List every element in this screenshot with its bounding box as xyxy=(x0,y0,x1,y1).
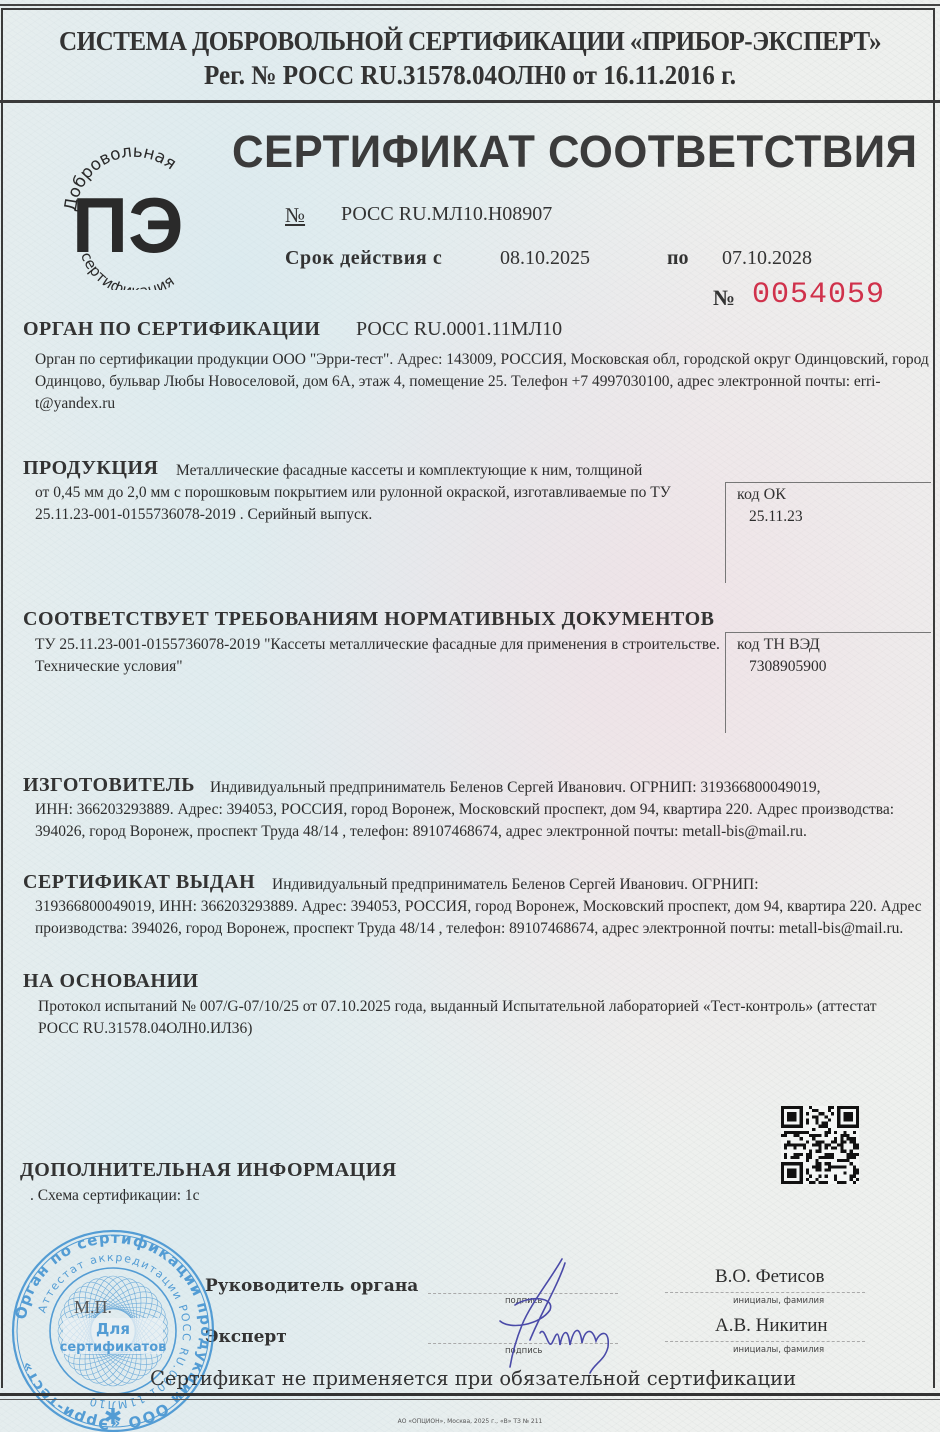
issued-to-heading: СЕРТИФИКАТ ВЫДАН xyxy=(23,871,255,894)
svg-text:✱: ✱ xyxy=(104,1404,122,1429)
additional-info-heading: ДОПОЛНИТЕЛЬНАЯ ИНФОРМАЦИЯ xyxy=(20,1159,397,1182)
svg-text:сертификатов: сертификатов xyxy=(60,1340,167,1355)
product-heading: ПРОДУКЦИЯ xyxy=(23,457,158,480)
ok-code-value: 25.11.23 xyxy=(749,508,803,526)
header-divider xyxy=(0,100,940,103)
expert-name-caption: инициалы, фамилия xyxy=(733,1345,824,1355)
expert-name-line xyxy=(665,1341,865,1342)
certificate-number: РОСС RU.МЛ10.Н08907 xyxy=(341,203,552,226)
valid-from-date: 08.10.2025 xyxy=(500,247,590,270)
tn-ved-code-box: код ТН ВЭД 7308905900 xyxy=(725,632,931,733)
certificate-number-label: № xyxy=(285,203,305,228)
handwritten-signature xyxy=(470,1255,640,1375)
validity-label: Срок действия с xyxy=(285,247,442,270)
official-seal-stamp: Орган по сертификации продукции ООО «Эрр… xyxy=(8,1226,218,1432)
qr-code[interactable] xyxy=(781,1106,859,1184)
head-of-body-label: Руководитель органа xyxy=(205,1276,418,1296)
basis-details: Протокол испытаний № 007/G-07/10/25 от 0… xyxy=(38,996,918,1040)
serial-number: 0054059 xyxy=(752,278,885,312)
voluntary-certification-logo: Добровольная ПЭ сертификация xyxy=(58,140,208,290)
certification-body-details: Орган по сертификации продукции ООО "Эрр… xyxy=(35,349,935,415)
normative-documents: ТУ 25.11.23-001-0155736078-2019 "Кассеты… xyxy=(35,634,725,678)
manufacturer-details: ИНН: 366203293889. Адрес: 394053, РОССИЯ… xyxy=(35,799,925,843)
tn-ved-code-value: 7308905900 xyxy=(749,658,827,676)
bottom-border-thin xyxy=(0,1399,940,1400)
product-description: от 0,45 мм до 2,0 мм с порошковым покрыт… xyxy=(35,482,725,526)
system-registration-number: Рег. № РОСС RU.31578.04ОЛН0 от 16.11.201… xyxy=(33,60,907,91)
serial-number-label: № xyxy=(713,285,735,311)
tn-ved-code-label: код ТН ВЭД xyxy=(737,636,820,654)
certificate-title: СЕРТИФИКАТ СООТВЕТСТВИЯ xyxy=(232,126,917,178)
issued-to-line1: Индивидуальный предприниматель Беленов С… xyxy=(272,874,759,896)
certification-system-name: СИСТЕМА ДОБРОВОЛЬНОЙ СЕРТИФИКАЦИИ «ПРИБО… xyxy=(33,26,907,57)
ok-code-box: код ОК 25.11.23 xyxy=(725,482,931,583)
manufacturer-line1: Индивидуальный предприниматель Беленов С… xyxy=(210,777,821,799)
certification-body-heading: ОРГАН ПО СЕРТИФИКАЦИИ xyxy=(23,318,320,341)
valid-to-label: по xyxy=(667,247,689,270)
manufacturer-heading: ИЗГОТОВИТЕЛЬ xyxy=(23,774,195,797)
bottom-border xyxy=(0,1393,940,1396)
head-of-body-name: В.О. Фетисов xyxy=(715,1266,824,1288)
stamp-place-marker: М.П. xyxy=(74,1297,112,1318)
product-description-line1: Металлические фасадные кассеты и комплек… xyxy=(176,460,642,482)
basis-heading: НА ОСНОВАНИИ xyxy=(23,970,199,993)
svg-text:Для: Для xyxy=(96,1320,130,1338)
valid-to-date: 07.10.2028 xyxy=(722,247,812,270)
head-name-line xyxy=(665,1292,865,1293)
voluntary-use-note: Сертификат не применяется при обязательн… xyxy=(150,1367,796,1390)
top-border xyxy=(0,4,940,6)
printer-imprint: АО «ОПЦИОН», Москва, 2025 г., «В» ТЗ № 2… xyxy=(0,1418,940,1425)
certification-scheme: . Схема сертификации: 1с xyxy=(30,1185,200,1207)
expert-name: А.В. Никитин xyxy=(715,1315,828,1337)
certification-body-code: РОСС RU.0001.11МЛ10 xyxy=(356,318,562,341)
head-name-caption: инициалы, фамилия xyxy=(733,1296,824,1306)
ok-code-label: код ОК xyxy=(737,486,786,504)
conformity-heading: СООТВЕТСТВУЕТ ТРЕБОВАНИЯМ НОРМАТИВНЫХ ДО… xyxy=(23,608,715,631)
issued-to-details: 319366800049019, ИНН: 366203293889. Адре… xyxy=(35,896,925,940)
